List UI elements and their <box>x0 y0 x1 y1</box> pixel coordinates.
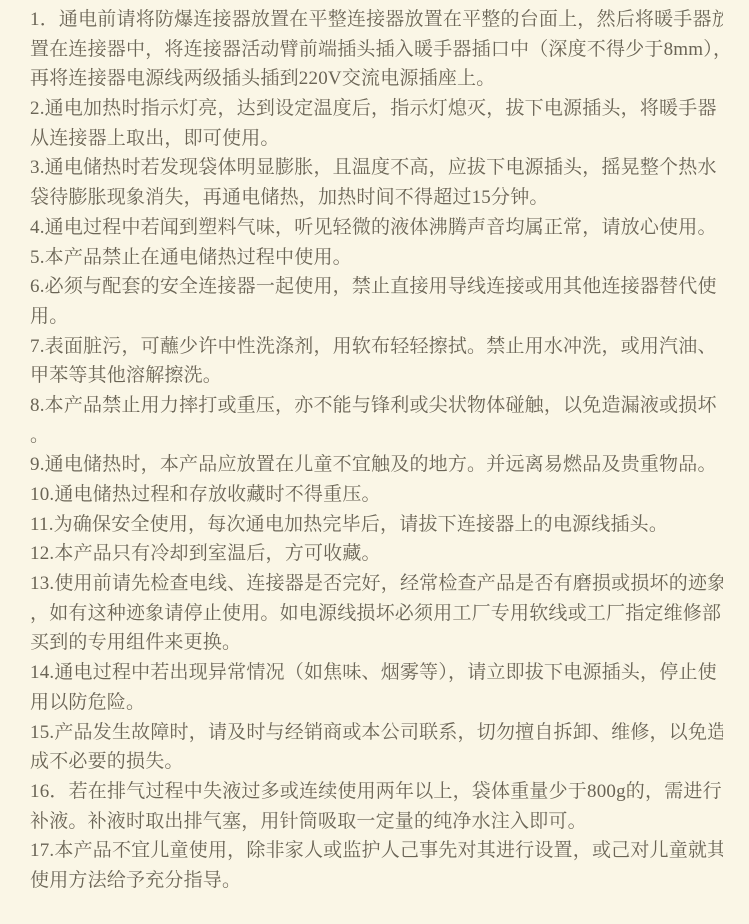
instruction-item-17: 17.本产品不宜儿童使用，除非家人或监护人己事先对其进行设置，或己对儿童就其 使… <box>30 836 723 895</box>
instruction-item-13: 13.使用前请先检查电线、连接器是否完好，经常检查产品是否有磨损或损坏的迹象 ，… <box>30 569 723 658</box>
instruction-line: 3.通电储热时若发现袋体明显膨胀，且温度不高，应拔下电源插头，摇晃整个热水 <box>30 153 723 183</box>
instruction-item-9: 9.通电储热时，本产品应放置在儿童不宜触及的地方。并远离易燃品及贵重物品。 <box>30 450 723 480</box>
instruction-line: 置在连接器中，将连接器活动臂前端插头插入暖手器插口中（深度不得少于8mm）， <box>30 35 723 65</box>
instruction-line: 用以防危险。 <box>30 688 723 718</box>
instruction-item-16: 16．若在排气过程中失液过多或连续使用两年以上，袋体重量少于800g的，需进行 … <box>30 777 723 836</box>
instruction-line: 6.必须与配套的安全连接器一起使用，禁止直接用导线连接或用其他连接器替代使 <box>30 272 723 302</box>
instruction-line: 8.本产品禁止用力摔打或重压，亦不能与锋利或尖状物体碰触，以免造漏液或损坏 <box>30 391 723 421</box>
instruction-item-5: 5.本产品禁止在通电储热过程中使用。 <box>30 243 723 273</box>
instructions-document: 1．通电前请将防爆连接器放置在平整连接器放置在平整的台面上，然后将暖手器放 置在… <box>0 0 749 924</box>
instruction-line: 5.本产品禁止在通电储热过程中使用。 <box>30 243 723 273</box>
safety-instructions-page: { "page": { "background_color": "#faf6e6… <box>0 0 749 924</box>
instruction-line: 买到的专用组件来更换。 <box>30 628 723 658</box>
instruction-line: 10.通电储热过程和存放收藏时不得重压。 <box>30 480 723 510</box>
instruction-item-11: 11.为确保安全使用，每次通电加热完毕后，请拔下连接器上的电源线插头。 <box>30 510 723 540</box>
instruction-item-10: 10.通电储热过程和存放收藏时不得重压。 <box>30 480 723 510</box>
instruction-line: 14.通电过程中若出现异常情况（如焦味、烟雾等），请立即拔下电源插头，停止使 <box>30 658 723 688</box>
instruction-item-7: 7.表面脏污，可蘸少许中性洗涤剂，用软布轻轻擦拭。禁止用水冲洗，或用汽油、 甲苯… <box>30 332 723 391</box>
instruction-item-12: 12.本产品只有冷却到室温后，方可收藏。 <box>30 539 723 569</box>
instruction-line: 。 <box>30 421 723 451</box>
instruction-item-15: 15.产品发生故障时，请及时与经销商或本公司联系，切勿擅自拆卸、维修，以免造 成… <box>30 718 723 777</box>
instruction-line: 7.表面脏污，可蘸少许中性洗涤剂，用软布轻轻擦拭。禁止用水冲洗，或用汽油、 <box>30 332 723 362</box>
instruction-line: 16．若在排气过程中失液过多或连续使用两年以上，袋体重量少于800g的，需进行 <box>30 777 723 807</box>
instruction-line: 再将连接器电源线两级插头插到220V交流电源插座上。 <box>30 64 723 94</box>
instruction-line: 15.产品发生故障时，请及时与经销商或本公司联系，切勿擅自拆卸、维修，以免造 <box>30 718 723 748</box>
instruction-item-6: 6.必须与配套的安全连接器一起使用，禁止直接用导线连接或用其他连接器替代使 用。 <box>30 272 723 331</box>
instruction-line: 2.通电加热时指示灯亮，达到设定温度后，指示灯熄灭，拔下电源插头，将暖手器 <box>30 94 723 124</box>
instruction-item-1: 1．通电前请将防爆连接器放置在平整连接器放置在平整的台面上，然后将暖手器放 置在… <box>30 5 723 94</box>
instruction-line: 甲苯等其他溶解擦洗。 <box>30 361 723 391</box>
instruction-line: 使用方法给予充分指导。 <box>30 866 723 896</box>
instruction-line: 11.为确保安全使用，每次通电加热完毕后，请拔下连接器上的电源线插头。 <box>30 510 723 540</box>
instruction-line: 9.通电储热时，本产品应放置在儿童不宜触及的地方。并远离易燃品及贵重物品。 <box>30 450 723 480</box>
instruction-line: 1．通电前请将防爆连接器放置在平整连接器放置在平整的台面上，然后将暖手器放 <box>30 5 723 35</box>
instruction-item-4: 4.通电过程中若闻到塑料气味，听见轻微的液体沸腾声音均属正常，请放心使用。 <box>30 213 723 243</box>
instruction-line: 4.通电过程中若闻到塑料气味，听见轻微的液体沸腾声音均属正常，请放心使用。 <box>30 213 723 243</box>
instruction-line: 用。 <box>30 302 723 332</box>
instruction-line: 17.本产品不宜儿童使用，除非家人或监护人己事先对其进行设置，或己对儿童就其 <box>30 836 723 866</box>
instruction-line: ，如有这种迹象请停止使用。如电源线损坏必须用工厂专用软线或工厂指定维修部 <box>30 599 723 629</box>
instruction-item-8: 8.本产品禁止用力摔打或重压，亦不能与锋利或尖状物体碰触，以免造漏液或损坏 。 <box>30 391 723 450</box>
instruction-item-14: 14.通电过程中若出现异常情况（如焦味、烟雾等），请立即拔下电源插头，停止使 用… <box>30 658 723 717</box>
instruction-line: 13.使用前请先检查电线、连接器是否完好，经常检查产品是否有磨损或损坏的迹象 <box>30 569 723 599</box>
instruction-line: 补液。补液时取出排气塞，用针筒吸取一定量的纯净水注入即可。 <box>30 807 723 837</box>
instruction-item-3: 3.通电储热时若发现袋体明显膨胀，且温度不高，应拔下电源插头，摇晃整个热水 袋待… <box>30 153 723 212</box>
instruction-line: 袋待膨胀现象消失，再通电储热，加热时间不得超过15分钟。 <box>30 183 723 213</box>
instruction-line: 从连接器上取出，即可使用。 <box>30 124 723 154</box>
instruction-line: 12.本产品只有冷却到室温后，方可收藏。 <box>30 539 723 569</box>
instruction-line: 成不必要的损失。 <box>30 747 723 777</box>
instruction-item-2: 2.通电加热时指示灯亮，达到设定温度后，指示灯熄灭，拔下电源插头，将暖手器 从连… <box>30 94 723 153</box>
